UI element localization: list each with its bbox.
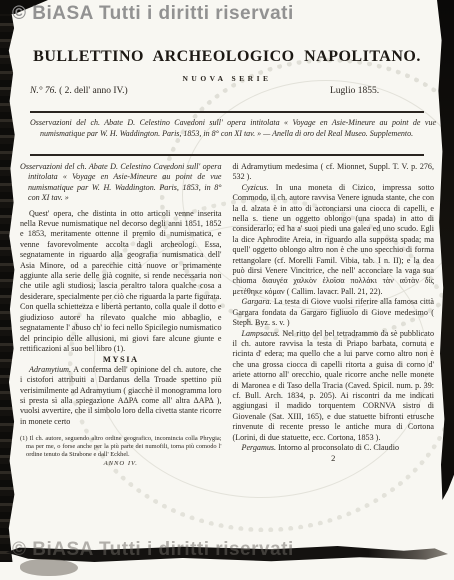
paragraph: Pergamus. Intorno al proconsolato di C. … xyxy=(233,443,435,453)
issue-number: N.° 76. xyxy=(30,86,57,96)
copyright-watermark: © BiASA Tutti i diritti riservati xyxy=(12,3,294,25)
footnote: (1) Il ch. autore, seguendo altro ordine… xyxy=(20,435,222,459)
section-heading: MYSIA xyxy=(20,354,222,364)
issue-number-group: N.° 76. ( 2. dell' anno IV.) xyxy=(30,86,128,96)
paragraph-lead: Adramytium. xyxy=(29,365,71,374)
issue-note: ( 2. dell' anno IV.) xyxy=(59,86,128,96)
paragraph: Lampsacus. Nel ritto del bel tetradrammo… xyxy=(233,329,435,443)
issue-line: N.° 76. ( 2. dell' anno IV.) Luglio 1855… xyxy=(30,86,424,96)
issue-date: Luglio 1855. xyxy=(330,86,379,96)
paragraph-lead: Cyzicus. xyxy=(242,183,269,192)
right-column: di Adramytium medesima ( cf. Mionnet, Su… xyxy=(233,162,435,470)
article-abstract: Osservazioni del ch. Abate D. Celestino … xyxy=(30,117,436,139)
paragraph-lead: Gargara. xyxy=(242,297,272,306)
paragraph-text: In una moneta di Cizico, impressa sotto … xyxy=(233,183,435,296)
paragraph-text: Nel ritto del bel tetradrammo da sè pubb… xyxy=(233,329,435,442)
paragraph: Cyzicus. In una moneta di Cizico, impres… xyxy=(233,183,435,297)
journal-series: NUOVA SERIE xyxy=(0,74,454,83)
horizontal-rule xyxy=(30,154,424,156)
horizontal-rule xyxy=(30,111,424,113)
paragraph-text: Intorno al proconsolato di C. Claudio xyxy=(276,443,399,452)
copyright-watermark: © BiASA Tutti i diritti riservati xyxy=(12,539,294,561)
paragraph-text: di Adramytium medesima ( cf. Mionnet, Su… xyxy=(233,162,435,181)
paragraph-text: Quest' opera, che distinta in otto artic… xyxy=(20,209,222,353)
paragraph: Gargara. La testa di Giove vuolsi riferi… xyxy=(233,297,435,328)
paragraph-lead: Pergamus. xyxy=(242,443,277,452)
volume-mark: ANNO IV. xyxy=(20,459,222,469)
paragraph: Quest' opera, che distinta in otto artic… xyxy=(20,209,222,355)
paragraph: Adramytium. A conferma dell' opinione de… xyxy=(20,365,222,427)
journal-title: BULLETTINO ARCHEOLOGICO NAPOLITANO. xyxy=(0,48,454,66)
scanned-journal-page: BULLETTINO ARCHEOLOGICO NAPOLITANO. NUOV… xyxy=(0,0,454,580)
two-column-text: Osservazioni del ch. Abate D. Celestino … xyxy=(20,162,434,470)
paragraph: di Adramytium medesima ( cf. Mionnet, Su… xyxy=(233,162,435,183)
paragraph-lead: Lampsacus. xyxy=(242,329,280,338)
scan-smudge xyxy=(20,559,78,576)
scan-binding-edge xyxy=(0,0,16,562)
left-column: Osservazioni del ch. Abate D. Celestino … xyxy=(20,162,222,470)
article-heading: Osservazioni del ch. Abate D. Celestino … xyxy=(20,162,222,204)
page-signature: 2 xyxy=(233,453,435,463)
